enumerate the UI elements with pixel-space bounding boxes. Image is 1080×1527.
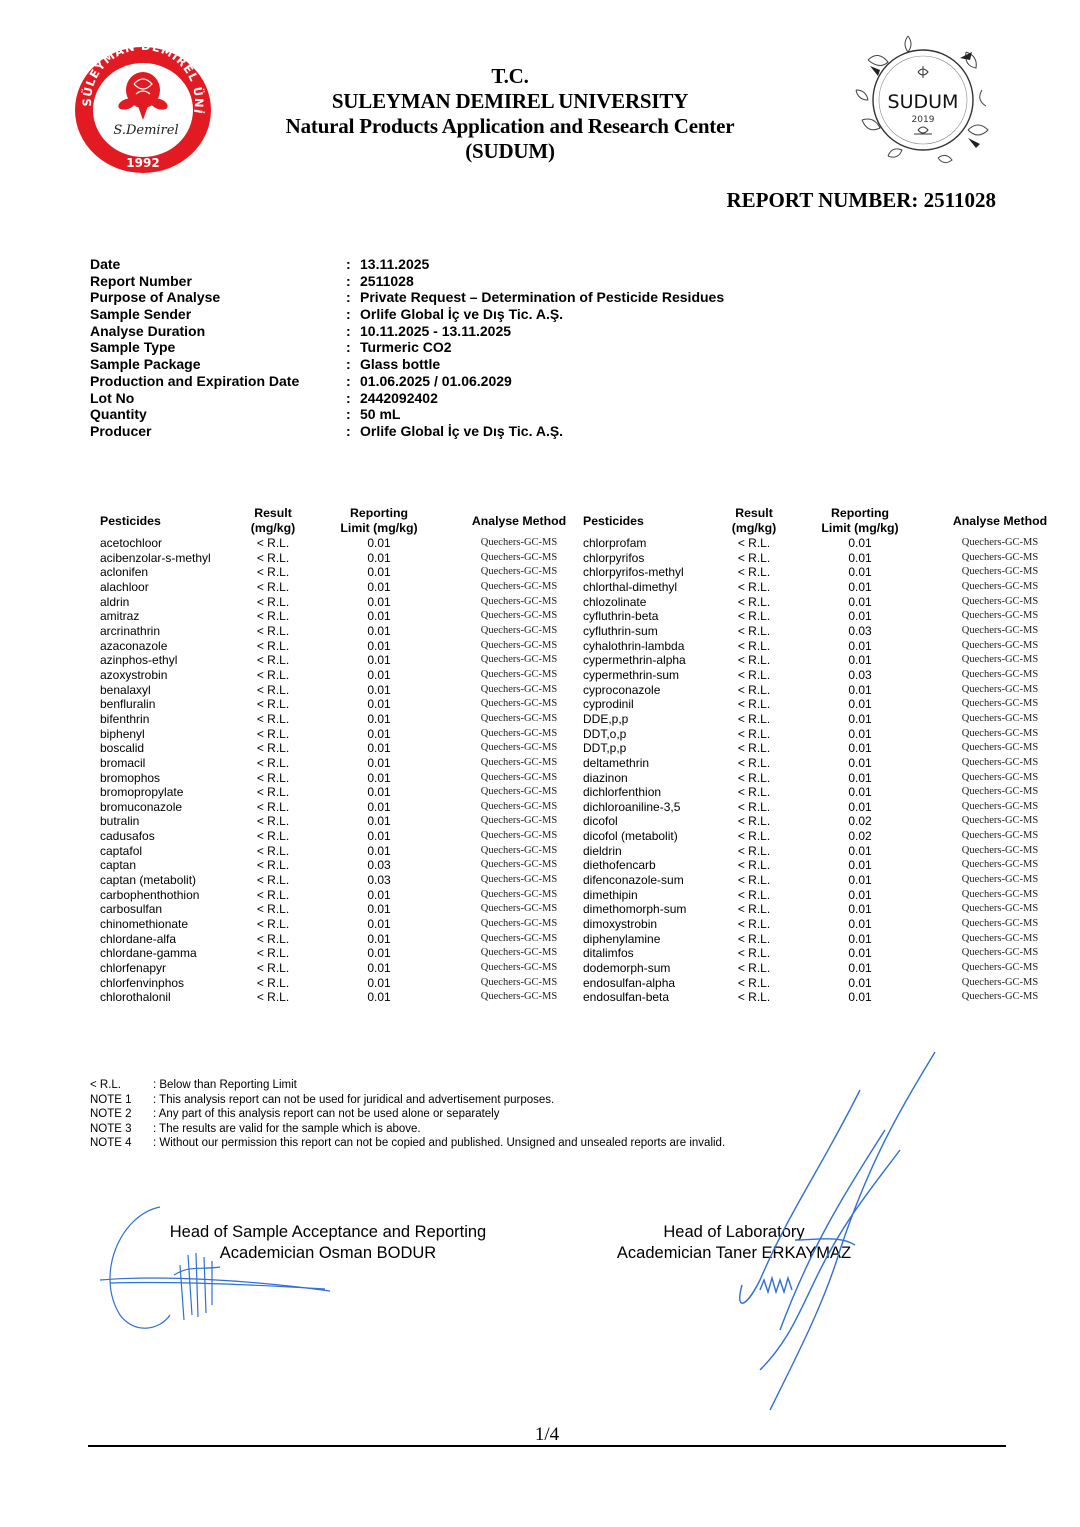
pesticide-name: cadusafos: [100, 829, 240, 844]
pesticide-method: Quechers-GC-MS: [933, 756, 1067, 771]
pesticide-result: < R.L.: [240, 756, 306, 771]
pesticide-reporting-limit: 0.01: [787, 785, 933, 800]
pesticide-result: < R.L.: [721, 976, 787, 991]
pesticide-name: chlozolinate: [583, 595, 721, 610]
table-row: acibenzolar-s-methyl< R.L.0.01Quechers-G…: [100, 551, 586, 566]
pesticide-method: Quechers-GC-MS: [933, 829, 1067, 844]
info-separator: :: [346, 373, 360, 390]
pesticide-result: < R.L.: [240, 727, 306, 742]
pesticide-method: Quechers-GC-MS: [452, 946, 586, 961]
pesticide-reporting-limit: 0.01: [306, 771, 452, 786]
table-row: ditalimfos< R.L.0.01Quechers-GC-MS: [583, 946, 1067, 961]
pesticide-name: chlorothalonil: [100, 990, 240, 1005]
table-row: cyproconazole< R.L.0.01Quechers-GC-MS: [583, 683, 1067, 698]
info-row: Production and Expiration Date:01.06.202…: [90, 373, 724, 390]
pesticide-reporting-limit: 0.01: [787, 683, 933, 698]
pesticide-name: chlorfenapyr: [100, 961, 240, 976]
pesticide-method: Quechers-GC-MS: [933, 697, 1067, 712]
pesticide-name: diethofencarb: [583, 858, 721, 873]
pesticide-name: carbosulfan: [100, 902, 240, 917]
pesticide-method: Quechers-GC-MS: [933, 858, 1067, 873]
info-row: Purpose of Analyse:Private Request – Det…: [90, 289, 724, 306]
pesticide-method: Quechers-GC-MS: [452, 551, 586, 566]
pesticide-method: Quechers-GC-MS: [452, 902, 586, 917]
pesticide-reporting-limit: 0.01: [306, 814, 452, 829]
info-value: Orlife Global İç ve Dış Tic. A.Ş.: [360, 306, 563, 323]
info-value: 10.11.2025 - 13.11.2025: [360, 323, 511, 340]
pesticide-reporting-limit: 0.01: [787, 858, 933, 873]
table-row: bifenthrin< R.L.0.01Quechers-GC-MS: [100, 712, 586, 727]
table-row: arcrinathrin< R.L.0.01Quechers-GC-MS: [100, 624, 586, 639]
pesticide-method: Quechers-GC-MS: [933, 565, 1067, 580]
pesticide-name: bromacil: [100, 756, 240, 771]
pesticide-method: Quechers-GC-MS: [452, 536, 586, 551]
table-row: dichloroaniline-3,5< R.L.0.01Quechers-GC…: [583, 800, 1067, 815]
pesticide-result: < R.L.: [721, 565, 787, 580]
pesticide-result: < R.L.: [721, 888, 787, 903]
pesticide-method: Quechers-GC-MS: [933, 609, 1067, 624]
header-result: Result(mg/kg): [721, 506, 787, 536]
pesticide-method: Quechers-GC-MS: [452, 756, 586, 771]
table-row: boscalid< R.L.0.01Quechers-GC-MS: [100, 741, 586, 756]
table-row: cypermethrin-alpha< R.L.0.01Quechers-GC-…: [583, 653, 1067, 668]
table-row: dimethipin< R.L.0.01Quechers-GC-MS: [583, 888, 1067, 903]
pesticide-reporting-limit: 0.01: [306, 976, 452, 991]
note-key: < R.L.: [90, 1078, 153, 1093]
pesticide-name: aldrin: [100, 595, 240, 610]
pesticide-method: Quechers-GC-MS: [933, 712, 1067, 727]
svg-text:SUDUM: SUDUM: [888, 91, 959, 113]
table-row: chlorothalonil< R.L.0.01Quechers-GC-MS: [100, 990, 586, 1005]
header-pesticides: Pesticides: [100, 506, 240, 536]
pesticide-reporting-limit: 0.01: [306, 639, 452, 654]
table-header-row: Pesticides Result(mg/kg) ReportingLimit …: [100, 506, 586, 536]
pesticide-reporting-limit: 0.01: [787, 902, 933, 917]
pesticide-name: azaconazole: [100, 639, 240, 654]
pesticide-name: endosulfan-beta: [583, 990, 721, 1005]
table-row: butralin< R.L.0.01Quechers-GC-MS: [100, 814, 586, 829]
header-analyse-method: Analyse Method: [452, 506, 586, 536]
pesticide-result: < R.L.: [721, 961, 787, 976]
note-row: NOTE 2: Any part of this analysis report…: [90, 1107, 725, 1122]
pesticide-method: Quechers-GC-MS: [933, 946, 1067, 961]
pesticide-name: dicofol: [583, 814, 721, 829]
info-separator: :: [346, 406, 360, 423]
info-label: Sample Type: [90, 339, 346, 356]
pesticide-reporting-limit: 0.01: [787, 712, 933, 727]
pesticide-reporting-limit: 0.01: [306, 653, 452, 668]
pesticide-reporting-limit: 0.03: [306, 873, 452, 888]
table-row: dicofol (metabolit)< R.L.0.02Quechers-GC…: [583, 829, 1067, 844]
pesticide-result: < R.L.: [721, 771, 787, 786]
pesticide-result: < R.L.: [721, 639, 787, 654]
info-label: Sample Package: [90, 356, 346, 373]
note-text: : Below than Reporting Limit: [153, 1078, 297, 1093]
pesticide-reporting-limit: 0.01: [787, 756, 933, 771]
table-row: diazinon< R.L.0.01Quechers-GC-MS: [583, 771, 1067, 786]
pesticide-name: dieldrin: [583, 844, 721, 859]
header-analyse-method: Analyse Method: [933, 506, 1067, 536]
pesticide-reporting-limit: 0.01: [306, 932, 452, 947]
pesticide-table-left: Pesticides Result(mg/kg) ReportingLimit …: [100, 506, 586, 1005]
pesticide-result: < R.L.: [240, 961, 306, 976]
pesticide-method: Quechers-GC-MS: [933, 580, 1067, 595]
pesticide-method: Quechers-GC-MS: [452, 697, 586, 712]
pesticide-name: butralin: [100, 814, 240, 829]
pesticide-reporting-limit: 0.01: [306, 888, 452, 903]
pesticide-method: Quechers-GC-MS: [452, 800, 586, 815]
pesticide-method: Quechers-GC-MS: [452, 727, 586, 742]
header-result: Result(mg/kg): [240, 506, 306, 536]
pesticide-result: < R.L.: [721, 932, 787, 947]
pesticide-reporting-limit: 0.01: [306, 609, 452, 624]
pesticide-name: boscalid: [100, 741, 240, 756]
info-label: Quantity: [90, 406, 346, 423]
pesticide-name: cyfluthrin-sum: [583, 624, 721, 639]
pesticide-result: < R.L.: [721, 727, 787, 742]
pesticide-reporting-limit: 0.01: [787, 653, 933, 668]
pesticide-reporting-limit: 0.01: [306, 917, 452, 932]
pesticide-name: bromuconazole: [100, 800, 240, 815]
header-pesticides: Pesticides: [583, 506, 721, 536]
pesticide-name: DDE,p,p: [583, 712, 721, 727]
pesticide-method: Quechers-GC-MS: [452, 990, 586, 1005]
table-row: amitraz< R.L.0.01Quechers-GC-MS: [100, 609, 586, 624]
svg-text:S.Demirel: S.Demirel: [113, 123, 178, 138]
note-text: : Any part of this analysis report can n…: [153, 1107, 499, 1122]
table-row: aclonifen< R.L.0.01Quechers-GC-MS: [100, 565, 586, 580]
pesticide-method: Quechers-GC-MS: [452, 785, 586, 800]
pesticide-name: DDT,p,p: [583, 741, 721, 756]
pesticide-result: < R.L.: [240, 917, 306, 932]
pesticide-result: < R.L.: [240, 668, 306, 683]
pesticide-result: < R.L.: [240, 580, 306, 595]
info-value: 2511028: [360, 273, 414, 290]
pesticide-name: benalaxyl: [100, 683, 240, 698]
pesticide-result: < R.L.: [240, 697, 306, 712]
table-row: endosulfan-alpha< R.L.0.01Quechers-GC-MS: [583, 976, 1067, 991]
table-row: biphenyl< R.L.0.01Quechers-GC-MS: [100, 727, 586, 742]
pesticide-method: Quechers-GC-MS: [452, 683, 586, 698]
pesticide-method: Quechers-GC-MS: [452, 888, 586, 903]
info-separator: :: [346, 390, 360, 407]
pesticide-method: Quechers-GC-MS: [452, 844, 586, 859]
pesticide-name: amitraz: [100, 609, 240, 624]
pesticide-reporting-limit: 0.01: [306, 683, 452, 698]
info-row: Quantity:50 mL: [90, 406, 724, 423]
pesticide-method: Quechers-GC-MS: [452, 624, 586, 639]
pesticide-method: Quechers-GC-MS: [933, 551, 1067, 566]
pesticide-name: biphenyl: [100, 727, 240, 742]
note-row: NOTE 4: Without our permission this repo…: [90, 1136, 725, 1151]
table-row: DDT,o,p< R.L.0.01Quechers-GC-MS: [583, 727, 1067, 742]
pesticide-method: Quechers-GC-MS: [933, 668, 1067, 683]
info-value: 2442092402: [360, 390, 438, 407]
info-label: Purpose of Analyse: [90, 289, 346, 306]
pesticide-result: < R.L.: [721, 683, 787, 698]
pesticide-method: Quechers-GC-MS: [452, 829, 586, 844]
pesticide-method: Quechers-GC-MS: [933, 814, 1067, 829]
pesticide-method: Quechers-GC-MS: [933, 653, 1067, 668]
header-university-name: SULEYMAN DEMIREL UNIVERSITY: [240, 89, 780, 114]
pesticide-reporting-limit: 0.01: [787, 741, 933, 756]
info-row: Producer:Orlife Global İç ve Dış Tic. A.…: [90, 423, 724, 440]
pesticide-name: deltamethrin: [583, 756, 721, 771]
table-row: cadusafos< R.L.0.01Quechers-GC-MS: [100, 829, 586, 844]
pesticide-name: endosulfan-alpha: [583, 976, 721, 991]
info-separator: :: [346, 323, 360, 340]
info-value: Orlife Global İç ve Dış Tic. A.Ş.: [360, 423, 563, 440]
info-row: Date:13.11.2025: [90, 256, 724, 273]
pesticide-method: Quechers-GC-MS: [452, 961, 586, 976]
pesticide-result: < R.L.: [240, 888, 306, 903]
pesticide-result: < R.L.: [721, 844, 787, 859]
pesticide-result: < R.L.: [721, 624, 787, 639]
pesticide-result: < R.L.: [240, 785, 306, 800]
table-row: chlorfenapyr< R.L.0.01Quechers-GC-MS: [100, 961, 586, 976]
signatory-title: Head of Sample Acceptance and Reporting: [150, 1222, 506, 1243]
header-reporting-limit: ReportingLimit (mg/kg): [306, 506, 452, 536]
pesticide-reporting-limit: 0.01: [787, 844, 933, 859]
header-center-abbr: (SUDUM): [240, 139, 780, 164]
pesticide-result: < R.L.: [721, 551, 787, 566]
pesticide-name: cyproconazole: [583, 683, 721, 698]
pesticide-name: chlorpyrifos: [583, 551, 721, 566]
pesticide-reporting-limit: 0.01: [306, 624, 452, 639]
pesticide-name: arcrinathrin: [100, 624, 240, 639]
table-row: difenconazole-sum< R.L.0.01Quechers-GC-M…: [583, 873, 1067, 888]
pesticide-reporting-limit: 0.01: [306, 741, 452, 756]
pesticide-method: Quechers-GC-MS: [452, 653, 586, 668]
pesticide-reporting-limit: 0.01: [787, 697, 933, 712]
signatory-title: Head of Laboratory: [598, 1222, 870, 1243]
table-row: chlorpyrifos< R.L.0.01Quechers-GC-MS: [583, 551, 1067, 566]
pesticide-result: < R.L.: [721, 536, 787, 551]
pesticide-method: Quechers-GC-MS: [933, 873, 1067, 888]
pesticide-method: Quechers-GC-MS: [452, 814, 586, 829]
table-row: alachloor< R.L.0.01Quechers-GC-MS: [100, 580, 586, 595]
info-separator: :: [346, 356, 360, 373]
note-key: NOTE 4: [90, 1136, 153, 1151]
table-row: dimethomorph-sum< R.L.0.01Quechers-GC-MS: [583, 902, 1067, 917]
pesticide-name: acibenzolar-s-methyl: [100, 551, 240, 566]
pesticide-reporting-limit: 0.02: [787, 829, 933, 844]
pesticide-result: < R.L.: [721, 756, 787, 771]
pesticide-name: captafol: [100, 844, 240, 859]
pesticide-method: Quechers-GC-MS: [933, 902, 1067, 917]
pesticide-result: < R.L.: [240, 990, 306, 1005]
note-row: NOTE 1: This analysis report can not be …: [90, 1093, 725, 1108]
pesticide-result: < R.L.: [240, 873, 306, 888]
pesticide-result: < R.L.: [721, 785, 787, 800]
info-row: Sample Sender:Orlife Global İç ve Dış Ti…: [90, 306, 724, 323]
table-row: aldrin< R.L.0.01Quechers-GC-MS: [100, 595, 586, 610]
pesticide-reporting-limit: 0.01: [306, 536, 452, 551]
pesticide-name: azoxystrobin: [100, 668, 240, 683]
table-row: chlorpyrifos-methyl< R.L.0.01Quechers-GC…: [583, 565, 1067, 580]
table-row: carbophenthothion< R.L.0.01Quechers-GC-M…: [100, 888, 586, 903]
pesticide-method: Quechers-GC-MS: [452, 771, 586, 786]
pesticide-result: < R.L.: [240, 536, 306, 551]
pesticide-reporting-limit: 0.01: [787, 609, 933, 624]
info-label: Producer: [90, 423, 346, 440]
pesticide-result: < R.L.: [240, 932, 306, 947]
pesticide-method: Quechers-GC-MS: [933, 639, 1067, 654]
info-value: Private Request – Determination of Pesti…: [360, 289, 724, 306]
pesticide-reporting-limit: 0.01: [306, 697, 452, 712]
pesticide-reporting-limit: 0.01: [787, 595, 933, 610]
pesticide-name: diphenylamine: [583, 932, 721, 947]
signatory-laboratory: Head of Laboratory Academician Taner ERK…: [598, 1222, 870, 1264]
pesticide-result: < R.L.: [240, 741, 306, 756]
pesticide-name: diazinon: [583, 771, 721, 786]
pesticide-result: < R.L.: [721, 873, 787, 888]
pesticide-result: < R.L.: [240, 712, 306, 727]
table-row: bromopropylate< R.L.0.01Quechers-GC-MS: [100, 785, 586, 800]
pesticide-reporting-limit: 0.01: [787, 917, 933, 932]
pesticide-reporting-limit: 0.01: [306, 844, 452, 859]
pesticide-name: dicofol (metabolit): [583, 829, 721, 844]
pesticide-result: < R.L.: [240, 565, 306, 580]
pesticide-reporting-limit: 0.01: [787, 800, 933, 815]
pesticide-name: chlordane-alfa: [100, 932, 240, 947]
pesticide-method: Quechers-GC-MS: [452, 741, 586, 756]
pesticide-method: Quechers-GC-MS: [933, 771, 1067, 786]
note-row: < R.L.: Below than Reporting Limit: [90, 1078, 725, 1093]
table-row: chlordane-gamma< R.L.0.01Quechers-GC-MS: [100, 946, 586, 961]
signatory-name: Academician Taner ERKAYMAZ: [598, 1243, 870, 1264]
pesticide-reporting-limit: 0.01: [787, 565, 933, 580]
pesticide-reporting-limit: 0.01: [787, 932, 933, 947]
pesticide-name: chlorfenvinphos: [100, 976, 240, 991]
pesticide-method: Quechers-GC-MS: [933, 844, 1067, 859]
info-label: Report Number: [90, 273, 346, 290]
info-row: Lot No:2442092402: [90, 390, 724, 407]
signatory-sample-acceptance: Head of Sample Acceptance and Reporting …: [150, 1222, 506, 1264]
pesticide-name: carbophenthothion: [100, 888, 240, 903]
table-row: chlorprofam< R.L.0.01Quechers-GC-MS: [583, 536, 1067, 551]
pesticide-reporting-limit: 0.01: [787, 946, 933, 961]
pesticide-reporting-limit: 0.01: [787, 873, 933, 888]
info-label: Sample Sender: [90, 306, 346, 323]
pesticide-reporting-limit: 0.01: [306, 551, 452, 566]
table-row: chlorfenvinphos< R.L.0.01Quechers-GC-MS: [100, 976, 586, 991]
pesticide-name: captan (metabolit): [100, 873, 240, 888]
pesticide-name: dichlorfenthion: [583, 785, 721, 800]
pesticide-name: cyhalothrin-lambda: [583, 639, 721, 654]
page-number: 1/4: [520, 1424, 574, 1446]
pesticide-name: cypermethrin-alpha: [583, 653, 721, 668]
info-separator: :: [346, 289, 360, 306]
pesticide-result: < R.L.: [721, 697, 787, 712]
sudum-floral-wreath-icon: SUDUM 2019: [848, 30, 998, 170]
pesticide-result: < R.L.: [240, 902, 306, 917]
info-separator: :: [346, 423, 360, 440]
pesticide-result: < R.L.: [721, 668, 787, 683]
pesticide-reporting-limit: 0.02: [787, 814, 933, 829]
footer-divider: [88, 1445, 1006, 1447]
pesticide-result: < R.L.: [721, 741, 787, 756]
svg-text:1992: 1992: [126, 156, 159, 170]
report-number-heading: REPORT NUMBER: 2511028: [726, 188, 996, 213]
pesticide-method: Quechers-GC-MS: [452, 609, 586, 624]
pesticide-result: < R.L.: [240, 976, 306, 991]
pesticide-result: < R.L.: [240, 829, 306, 844]
pesticide-name: cypermethrin-sum: [583, 668, 721, 683]
university-seal-rose-icon: SÜLEYMAN DEMİREL ÜNİVERSİTESİ 1992 S.Dem…: [72, 44, 214, 174]
pesticide-result: < R.L.: [721, 712, 787, 727]
pesticide-result: < R.L.: [721, 917, 787, 932]
pesticide-method: Quechers-GC-MS: [452, 917, 586, 932]
table-row: acetochloor< R.L.0.01Quechers-GC-MS: [100, 536, 586, 551]
pesticide-reporting-limit: 0.03: [787, 624, 933, 639]
info-row: Analyse Duration:10.11.2025 - 13.11.2025: [90, 323, 724, 340]
pesticide-method: Quechers-GC-MS: [933, 888, 1067, 903]
info-row: Report Number:2511028: [90, 273, 724, 290]
pesticide-reporting-limit: 0.01: [306, 785, 452, 800]
pesticide-reporting-limit: 0.01: [787, 551, 933, 566]
note-text: : Without our permission this report can…: [153, 1136, 725, 1151]
pesticide-reporting-limit: 0.03: [787, 668, 933, 683]
pesticide-method: Quechers-GC-MS: [933, 800, 1067, 815]
info-separator: :: [346, 273, 360, 290]
pesticide-result: < R.L.: [721, 653, 787, 668]
pesticide-name: dichloroaniline-3,5: [583, 800, 721, 815]
pesticide-reporting-limit: 0.01: [787, 536, 933, 551]
table-row: cyhalothrin-lambda< R.L.0.01Quechers-GC-…: [583, 639, 1067, 654]
table-row: dimoxystrobin< R.L.0.01Quechers-GC-MS: [583, 917, 1067, 932]
info-row: Sample Type:Turmeric CO2: [90, 339, 724, 356]
pesticide-method: Quechers-GC-MS: [452, 976, 586, 991]
table-row: bromuconazole< R.L.0.01Quechers-GC-MS: [100, 800, 586, 815]
pesticide-result: < R.L.: [240, 800, 306, 815]
table-row: azoxystrobin< R.L.0.01Quechers-GC-MS: [100, 668, 586, 683]
pesticide-reporting-limit: 0.01: [306, 756, 452, 771]
institution-header: T.C. SULEYMAN DEMIREL UNIVERSITY Natural…: [240, 64, 780, 164]
pesticide-name: captan: [100, 858, 240, 873]
table-row: cypermethrin-sum< R.L.0.03Quechers-GC-MS: [583, 668, 1067, 683]
pesticide-reporting-limit: 0.01: [306, 829, 452, 844]
pesticide-name: azinphos-ethyl: [100, 653, 240, 668]
pesticide-result: < R.L.: [240, 624, 306, 639]
sudum-logo: SUDUM 2019: [848, 30, 998, 170]
info-value: 50 mL: [360, 406, 400, 423]
pesticide-reporting-limit: 0.01: [306, 946, 452, 961]
table-row: benalaxyl< R.L.0.01Quechers-GC-MS: [100, 683, 586, 698]
pesticide-name: aclonifen: [100, 565, 240, 580]
info-value: 01.06.2025 / 01.06.2029: [360, 373, 512, 390]
pesticide-method: Quechers-GC-MS: [452, 873, 586, 888]
table-row: chlorthal-dimethyl< R.L.0.01Quechers-GC-…: [583, 580, 1067, 595]
pesticide-name: chlordane-gamma: [100, 946, 240, 961]
info-label: Analyse Duration: [90, 323, 346, 340]
pesticide-reporting-limit: 0.01: [306, 902, 452, 917]
info-label: Date: [90, 256, 346, 273]
table-row: azinphos-ethyl< R.L.0.01Quechers-GC-MS: [100, 653, 586, 668]
pesticide-result: < R.L.: [240, 858, 306, 873]
pesticide-name: chlorthal-dimethyl: [583, 580, 721, 595]
table-row: chinomethionate< R.L.0.01Quechers-GC-MS: [100, 917, 586, 932]
info-separator: :: [346, 306, 360, 323]
table-row: azaconazole< R.L.0.01Quechers-GC-MS: [100, 639, 586, 654]
header-reporting-limit: ReportingLimit (mg/kg): [787, 506, 933, 536]
pesticide-result: < R.L.: [721, 609, 787, 624]
pesticide-result: < R.L.: [240, 814, 306, 829]
pesticide-method: Quechers-GC-MS: [933, 932, 1067, 947]
table-row: dieldrin< R.L.0.01Quechers-GC-MS: [583, 844, 1067, 859]
handwritten-signature-left-icon: [100, 1195, 340, 1335]
pesticide-reporting-limit: 0.01: [306, 668, 452, 683]
